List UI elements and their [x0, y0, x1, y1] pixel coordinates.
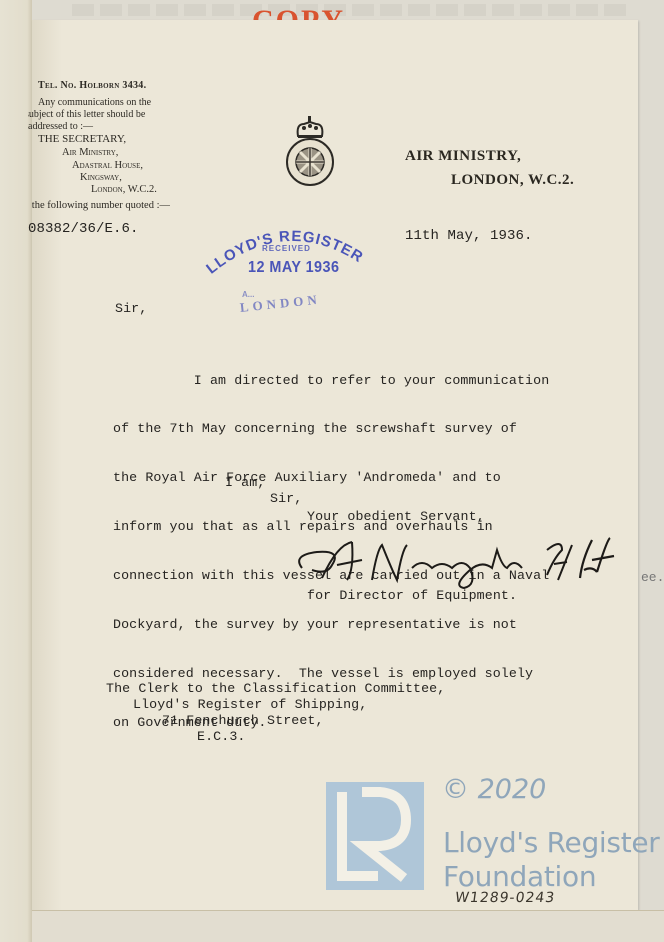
- watermark-org-line2: Foundation: [443, 860, 596, 893]
- recipient-line-1: The Clerk to the Classification Committe…: [106, 681, 445, 696]
- org-name: AIR MINISTRY,: [405, 148, 521, 165]
- closing-i-am: I am,: [225, 475, 265, 490]
- lr-logo-icon: [326, 782, 424, 890]
- back-sheet-faded-text: [72, 4, 632, 16]
- archive-reference: W1289-0243: [454, 890, 556, 906]
- address-secretary: THE SECRETARY,: [38, 133, 126, 145]
- stamp-received-date: 12 MAY 1936: [248, 259, 339, 277]
- body-line: of the 7th May concerning the screwshaft…: [113, 421, 549, 437]
- letter-date: 11th May, 1936.: [405, 228, 533, 244]
- salutation: Sir,: [115, 301, 147, 316]
- address-air-ministry: Air Ministry,: [62, 147, 118, 159]
- telephone-number: Tel. No. Holborn 3434.: [38, 80, 146, 91]
- crest-emblem: [284, 114, 336, 188]
- recipient-line-4: E.C.3.: [197, 729, 245, 744]
- body-line: I am directed to refer to your communica…: [113, 373, 549, 389]
- address-adastral-house: Adastral House,: [72, 160, 143, 172]
- instruction-line-3: addressed to :—: [28, 121, 93, 133]
- body-line: Dockyard, the survey by your representat…: [113, 617, 549, 633]
- instruction-line-2: subject of this letter should be: [28, 109, 178, 121]
- back-sheet-left: [0, 0, 32, 942]
- stamp-received-label: RECEIVED: [262, 244, 311, 253]
- closing-sir: Sir,: [270, 491, 302, 506]
- quote-instruction: and the following number quoted :—: [14, 200, 170, 212]
- closing-servant: Your obedient Servant,: [307, 509, 485, 524]
- back-sheet-trailing-text: ee.: [641, 570, 664, 585]
- watermark-org-line1: Lloyd's Register: [443, 826, 660, 859]
- back-sheet-bottom: [32, 910, 664, 942]
- recipient-line-2: Lloyd's Register of Shipping,: [133, 697, 367, 712]
- reference-number: 08382/36/E.6.: [28, 221, 139, 237]
- instruction-line-1: Any communications on the: [38, 97, 151, 109]
- address-kingsway: Kingsway,: [80, 172, 122, 184]
- address-london: London, W.C.2.: [91, 184, 157, 196]
- body-line: the Royal Air Force Auxiliary 'Andromeda…: [113, 470, 549, 486]
- crown-badge-icon: [284, 114, 336, 188]
- recipient-line-3: 71 Fenchurch Street,: [162, 713, 324, 728]
- handwritten-signature: H Norrington F/Lt: [292, 530, 617, 590]
- org-location: LONDON, W.C.2.: [451, 172, 574, 189]
- copy-stamp: COPY: [252, 3, 345, 20]
- signatory-title: for Director of Equipment.: [307, 588, 517, 603]
- body-line: considered necessary. The vessel is empl…: [113, 666, 549, 682]
- watermark-copyright: © 2020: [442, 774, 546, 805]
